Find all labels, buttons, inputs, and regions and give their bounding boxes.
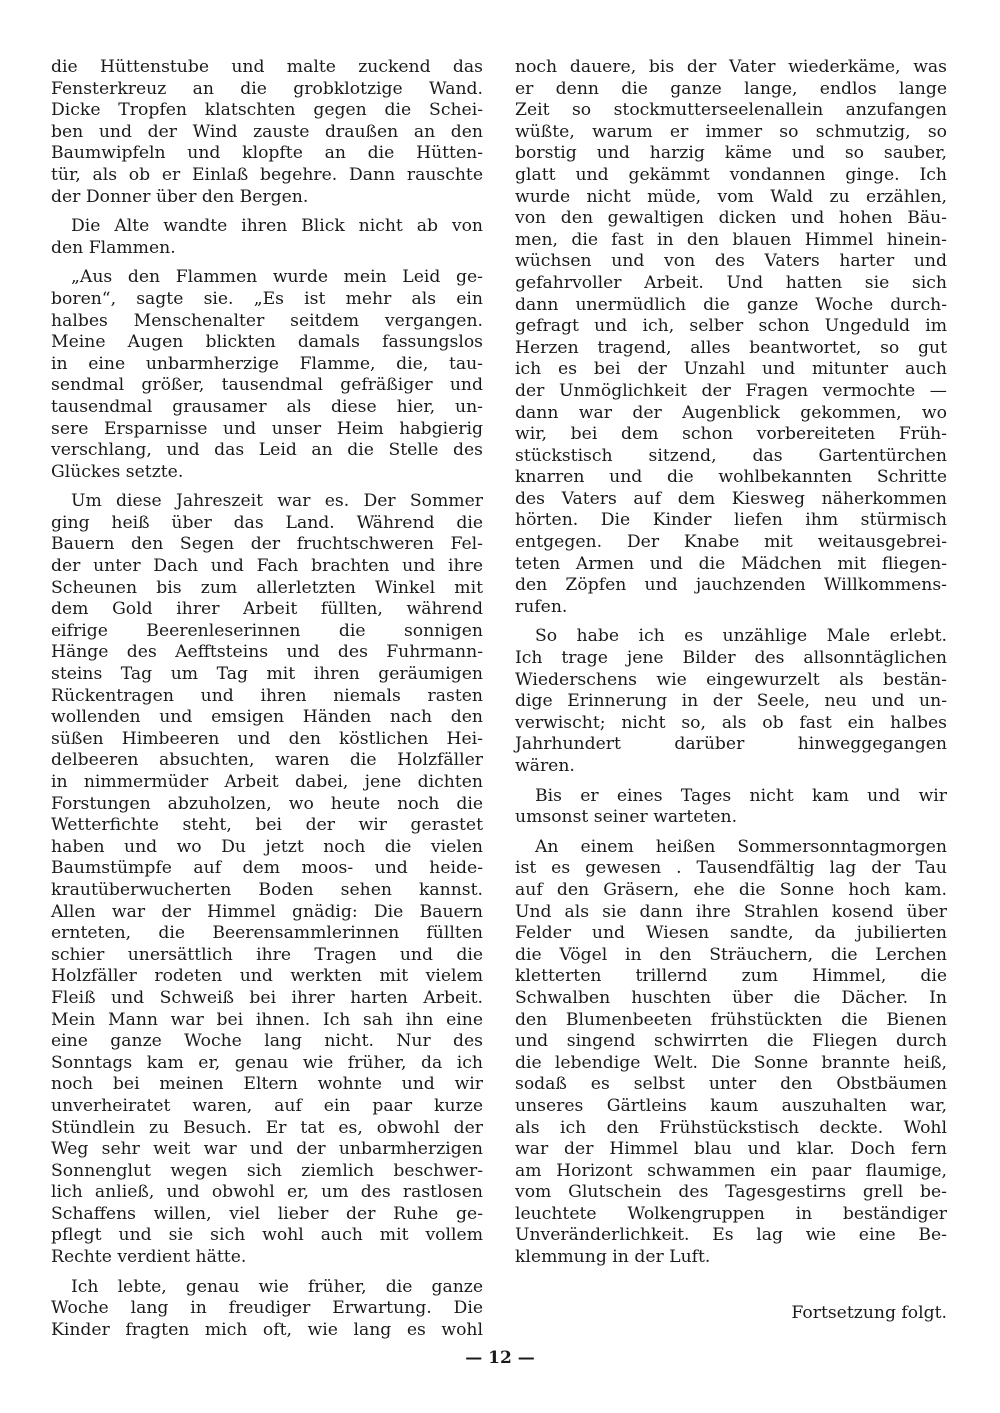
text-line: unseres Gärtleins kaum auszuhalten war, [515, 1096, 947, 1118]
text-line: am Horizont schwammen ein paar flaumige, [515, 1161, 947, 1183]
text-line: Die Alte wandte ihren Blick nicht ab von [51, 216, 483, 238]
text-line: men, die fast in den blauen Himmel hinei… [515, 230, 947, 252]
text-line: noch dauere, bis der Vater wiederkäme, w… [515, 57, 947, 79]
paragraph: Ich lebte, genau wie früher, die ganzeWo… [51, 1277, 483, 1342]
text-line: Sonntags kam er, genau wie früher, da ic… [51, 1053, 483, 1075]
text-line: tausendmal grausamer als diese hier, un- [51, 397, 483, 419]
text-line: dige Erinnerung in der Seele, neu und un… [515, 691, 947, 713]
text-line: Forstungen abzuholzen, wo heute noch die [51, 794, 483, 816]
text-line: den Blumenbeeten frühstückten die Bienen [515, 1010, 947, 1032]
paragraph: An einem heißen Sommersonntagmorgenist e… [515, 837, 947, 1269]
text-line: pflegt und sie sich wohl auch mit vollem [51, 1225, 483, 1247]
text-line: krautüberwucherten Boden sehen kannst. [51, 880, 483, 902]
text-line: sendmal größer, tausendmal gefräßiger un… [51, 375, 483, 397]
text-line: klemmung in der Luft. [515, 1247, 947, 1269]
text-line: wüßte, warum er immer so schmutzig, so [515, 122, 947, 144]
text-line: Herzen tragend, alles beantwortet, so gu… [515, 338, 947, 360]
text-line: stückstisch sitzend, das Gartentürchen [515, 446, 947, 468]
text-line: des Vaters auf dem Kiesweg näherkommen [515, 489, 947, 511]
text-line: Jahrhundert darüber hinweggegangen [515, 734, 947, 756]
text-line: dann unermüdlich die ganze Woche durch- [515, 295, 947, 317]
text-line: die Vögel in den Sträuchern, die Lerchen [515, 945, 947, 967]
text-line: eine ganze Woche lang nicht. Nur des [51, 1031, 483, 1053]
text-line: war der Himmel blau und klar. Doch fern [515, 1139, 947, 1161]
right-text-column: noch dauere, bis der Vater wiederkäme, w… [515, 57, 947, 1277]
paragraph: Bis er eines Tages nicht kam und wirumso… [515, 786, 947, 829]
text-line: hörten. Die Kinder liefen ihm stürmisch [515, 510, 947, 532]
text-line: Fensterkreuz an die grobklotzige Wand. [51, 79, 483, 101]
text-line: Dicke Tropfen klatschten gegen die Schei… [51, 100, 483, 122]
text-line: verwischt; nicht so, als ob fast ein hal… [515, 713, 947, 735]
text-line: Zeit so stockmutterseelenallein anzufang… [515, 100, 947, 122]
text-line: wir, bei dem schon vorbereiteten Früh- [515, 424, 947, 446]
text-line: Sonnenglut wegen sich ziemlich beschwer- [51, 1161, 483, 1183]
text-line: in eine unbarmherzige Flamme, die, tau- [51, 354, 483, 376]
text-line: noch bei meinen Eltern wohnte und wir [51, 1074, 483, 1096]
text-line: die lebendige Welt. Die Sonne brannte he… [515, 1053, 947, 1075]
text-line: rufen. [515, 597, 947, 619]
text-line: als ich den Frühstückstisch deckte. Wohl [515, 1118, 947, 1140]
paragraph: Die Alte wandte ihren Blick nicht ab von… [51, 216, 483, 259]
text-line: glatt und gekämmt vondannen ginge. Ich [515, 165, 947, 187]
text-line: Unveränderlichkeit. Es lag wie eine Be- [515, 1225, 947, 1247]
text-line: Wiederschens wie eingewurzelt als bestän… [515, 670, 947, 692]
text-line: und singend schwirrten die Fliegen durch [515, 1031, 947, 1053]
text-line: verschlang, und das Leid an die Stelle d… [51, 440, 483, 462]
text-line: eifrige Beerenleserinnen die sonnigen [51, 621, 483, 643]
text-line: auf den Gräsern, ehe die Sonne hoch kam. [515, 880, 947, 902]
text-line: schier unersättlich ihre Tragen und die [51, 945, 483, 967]
paragraph: noch dauere, bis der Vater wiederkäme, w… [515, 57, 947, 618]
text-line: Meine Augen blickten damals fassungslos [51, 332, 483, 354]
text-line: Rückentragen und ihren niemals rasten [51, 686, 483, 708]
paragraph: So habe ich es unzählige Male erlebt.Ich… [515, 626, 947, 777]
text-line: teten Armen und die Mädchen mit fliegen- [515, 554, 947, 576]
text-line: kletterten trillernd zum Himmel, die [515, 966, 947, 988]
paragraph: Um diese Jahreszeit war es. Der Sommergi… [51, 491, 483, 1268]
text-line: entgegen. Der Knabe mit weitausgebrei- [515, 532, 947, 554]
document-page: die Hüttenstube und malte zuckend dasFen… [0, 0, 1000, 1413]
text-line: Allen war der Himmel gnädig: Die Bauern [51, 902, 483, 924]
text-line: Mein Mann war bei ihnen. Ich sah ihn ein… [51, 1010, 483, 1032]
text-line: tür, als ob er Einlaß begehre. Dann raus… [51, 165, 483, 187]
text-line: umsonst seiner warteten. [515, 807, 947, 829]
text-line: steins Tag um Tag mit ihren geräumigen [51, 664, 483, 686]
text-line: Stündlein zu Besuch. Er tat es, obwohl d… [51, 1118, 483, 1140]
text-line: Baumwipfeln und klopfte an die Hütten- [51, 143, 483, 165]
text-line: Scheunen bis zum allerletzten Winkel mit [51, 578, 483, 600]
text-line: An einem heißen Sommersonntagmorgen [515, 837, 947, 859]
text-line: süßen Himbeeren und den köstlichen Hei- [51, 729, 483, 751]
text-line: der Donner über den Bergen. [51, 187, 483, 209]
text-line: die Hüttenstube und malte zuckend das [51, 57, 483, 79]
text-line: borstig und harzig käme und so sauber, [515, 143, 947, 165]
text-line: von den gewaltigen dicken und hohen Bäu- [515, 208, 947, 230]
text-line: Fleiß und Schweiß bei ihrer harten Arbei… [51, 988, 483, 1010]
text-line: wollenden und emsigen Händen nach den [51, 707, 483, 729]
text-line: der unter Dach und Fach brachten und ihr… [51, 556, 483, 578]
text-line: halbes Menschenalter seitdem vergangen. [51, 311, 483, 333]
text-line: Bauern den Segen der fruchtschweren Fel- [51, 534, 483, 556]
text-line: Ich trage jene Bilder des allsonntäglich… [515, 648, 947, 670]
text-line: Rechte verdient hätte. [51, 1247, 483, 1269]
text-line: Baumstümpfe auf dem moos- und heide- [51, 858, 483, 880]
text-line: dem Gold ihrer Arbeit füllten, während [51, 599, 483, 621]
text-line: sere Ersparnisse und unser Heim habgieri… [51, 419, 483, 441]
text-line: gefahrvoller Arbeit. Und hatten sie sich [515, 273, 947, 295]
text-line: in nimmermüder Arbeit dabei, jene dichte… [51, 772, 483, 794]
left-text-column: die Hüttenstube und malte zuckend dasFen… [51, 57, 483, 1349]
text-line: Um diese Jahreszeit war es. Der Sommer [51, 491, 483, 513]
text-line: ich es bei der Unzahl und mitunter auch [515, 359, 947, 381]
text-line: leuchtete Wolkengruppen in beständiger [515, 1204, 947, 1226]
text-line: lich anließ, und obwohl er, um des rastl… [51, 1182, 483, 1204]
text-line: wüchsen und von des Vaters harter und [515, 251, 947, 273]
text-line: er denn die ganze lange, endlos lange [515, 79, 947, 101]
text-line: Holzfäller rodeten und werkten mit viele… [51, 966, 483, 988]
text-line: ben und der Wind zauste draußen an den [51, 122, 483, 144]
paragraph: die Hüttenstube und malte zuckend dasFen… [51, 57, 483, 208]
text-line: So habe ich es unzählige Male erlebt. [515, 626, 947, 648]
text-line: Hänge des Aefftsteins und des Fuhrmann- [51, 642, 483, 664]
text-line: boren“, sagte sie. „Es ist mehr als ein [51, 289, 483, 311]
text-line: Und als sie dann ihre Strahlen kosend üb… [515, 902, 947, 924]
text-line: Ich lebte, genau wie früher, die ganze [51, 1277, 483, 1299]
paragraph: „Aus den Flammen wurde mein Leid ge-bore… [51, 267, 483, 483]
text-line: delbeeren absuchten, waren die Holzfälle… [51, 750, 483, 772]
text-line: Felder und Wiesen sandte, da jubilierten [515, 923, 947, 945]
text-line: ist es gewesen . Tausendfältig lag der T… [515, 858, 947, 880]
text-line: Schaffens willen, viel lieber der Ruhe g… [51, 1204, 483, 1226]
text-line: ging heiß über das Land. Während die [51, 513, 483, 535]
text-line: haben und wo Du jetzt noch die vielen [51, 837, 483, 859]
text-line: gefragt und ich, selber schon Ungeduld i… [515, 316, 947, 338]
text-line: dann war der Augenblick gekommen, wo [515, 403, 947, 425]
text-line: Weg sehr weit war und der unbarmherzigen [51, 1139, 483, 1161]
page-number: — 12 — [0, 1348, 1000, 1368]
text-line: den Zöpfen und jauchzenden Willkommens- [515, 575, 947, 597]
text-line: Kinder fragten mich oft, wie lang es woh… [51, 1320, 483, 1342]
text-line: den Flammen. [51, 238, 483, 260]
text-line: unverheiratet waren, auf ein paar kurze [51, 1096, 483, 1118]
text-line: „Aus den Flammen wurde mein Leid ge- [51, 267, 483, 289]
text-line: Woche lang in freudiger Erwartung. Die [51, 1298, 483, 1320]
text-line: Bis er eines Tages nicht kam und wir [515, 786, 947, 808]
text-line: wurde nicht müde, vom Wald zu erzählen, [515, 187, 947, 209]
text-line: der Unmöglichkeit der Fragen vermochte — [515, 381, 947, 403]
text-line: sodaß es selbst unter den Obstbäumen [515, 1074, 947, 1096]
text-line: ernteten, die Beerensammlerinnen füllten [51, 923, 483, 945]
text-line: Wetterfichte steht, bei der wir gerastet [51, 815, 483, 837]
text-line: Glückes setzte. [51, 462, 483, 484]
text-line: wären. [515, 756, 947, 778]
continuation-note: Fortsetzung folgt. [515, 1303, 947, 1323]
text-line: knarren und die wohlbekannten Schritte [515, 467, 947, 489]
text-line: vom Glutschein des Tagesgestirns grell b… [515, 1182, 947, 1204]
text-line: Schwalben huschten über die Dächer. In [515, 988, 947, 1010]
